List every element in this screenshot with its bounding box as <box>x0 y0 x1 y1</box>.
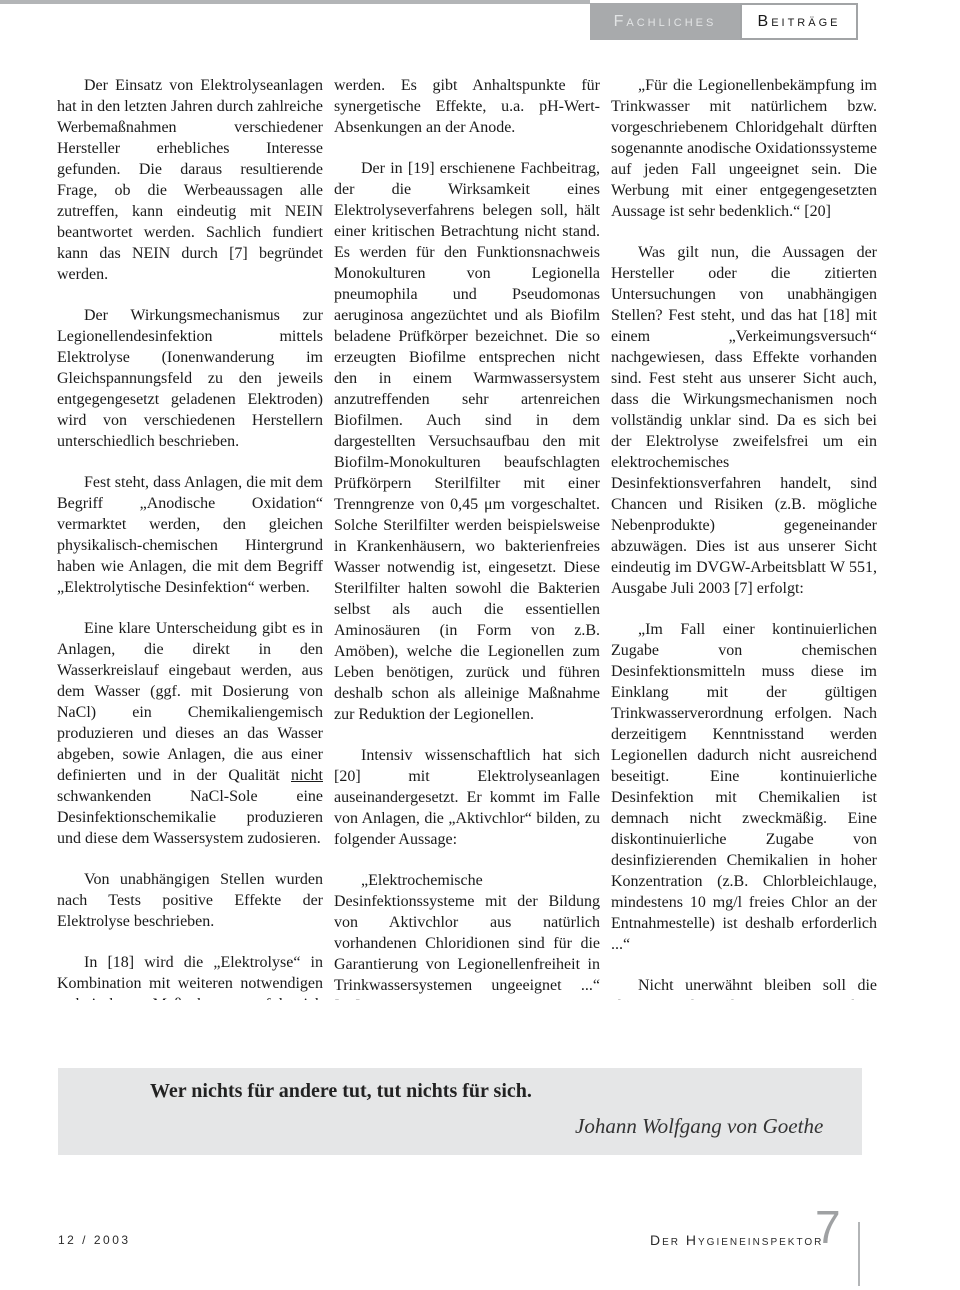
paragraph: Von unabhängigen Stellen wurden nach Tes… <box>57 869 323 932</box>
paragraph: „Im Fall einer kontinuierlichen Zugabe v… <box>611 619 877 955</box>
text-segment: werden. Es gibt Anhaltspunkte für synerg… <box>334 77 600 136</box>
text-segment: „Für die Legionellenbekämpfung im Trinkw… <box>611 77 877 220</box>
footer-page-number: 7 <box>815 1204 841 1250</box>
footer-issue-date: 12 / 2003 <box>58 1233 131 1247</box>
text-segment: Was gilt nun, die Aussagen der Herstelle… <box>611 244 877 597</box>
section-tab-label: Fachliches <box>614 13 717 31</box>
paragraph: Der Wirkungsmechanismus zur Legionellend… <box>57 305 323 452</box>
text-segment: Der Wirkungsmechanismus zur Legionellend… <box>57 307 323 450</box>
paragraph: werden. Es gibt Anhaltspunkte für synerg… <box>334 75 600 138</box>
text-segment: Nicht unerwähnt bleiben soll die ebenfal… <box>611 977 877 1000</box>
paragraph: Der Einsatz von Elektrolyseanlagen hat i… <box>57 75 323 285</box>
footer-rule <box>858 1222 860 1286</box>
paragraph: Was gilt nun, die Aussagen der Herstelle… <box>611 242 877 599</box>
text-segment: Von unabhängigen Stellen wurden nach Tes… <box>57 871 323 930</box>
text-segment: „Elektrochemische Desinfektionssysteme m… <box>334 872 600 1000</box>
text-column-1: Der Einsatz von Elektrolyseanlagen hat i… <box>57 75 323 1000</box>
text-segment: schwankenden NaCl-Sole eine Desinfektion… <box>57 788 323 847</box>
text-segment: Der in [19] erschienene Fachbeitrag, der… <box>334 160 600 723</box>
paragraph: Der in [19] erschienene Fachbeitrag, der… <box>334 158 600 725</box>
paragraph: In [18] wird die „Elektrolyse“ in Kombin… <box>57 952 323 1000</box>
paragraph: Intensiv wissenschaftlich hat sich [20] … <box>334 745 600 850</box>
text-segment: Fest steht, dass Anlagen, die mit dem Be… <box>57 474 323 596</box>
section-tab-beitraege: Beiträge <box>740 3 858 40</box>
text-column-3: „Für die Legionellenbekämpfung im Trinkw… <box>611 75 877 1000</box>
text-segment: Intensiv wissenschaftlich hat sich [20] … <box>334 747 600 848</box>
text-segment: Eine klare Unterscheidung gibt es in Anl… <box>57 620 323 784</box>
text-segment: „Im Fall einer kontinuierlichen Zugabe v… <box>611 621 877 953</box>
journal-page: { "header": { "section_label": "Fachlich… <box>0 0 960 1290</box>
paragraph: Eine klare Unterscheidung gibt es in Anl… <box>57 618 323 849</box>
subsection-tab-label: Beiträge <box>758 13 841 31</box>
text-segment: In [18] wird die „Elektrolyse“ in Kombin… <box>57 954 323 1000</box>
paragraph: Fest steht, dass Anlagen, die mit dem Be… <box>57 472 323 598</box>
footer-journal-title: Der Hygieneinspektor <box>650 1232 823 1248</box>
paragraph: Nicht unerwähnt bleiben soll die ebenfal… <box>611 975 877 1000</box>
quote-text: Wer nichts für andere tut, tut nichts fü… <box>150 1080 532 1103</box>
section-tab-fachliches: Fachliches <box>590 3 740 40</box>
underlined-word: nicht <box>291 767 323 784</box>
text-segment: Der Einsatz von Elektrolyseanlagen hat i… <box>57 77 323 283</box>
paragraph: „Für die Legionellenbekämpfung im Trinkw… <box>611 75 877 222</box>
text-column-2: werden. Es gibt Anhaltspunkte für synerg… <box>334 75 600 1000</box>
paragraph: „Elektrochemische Desinfektionssysteme m… <box>334 870 600 1000</box>
article-body: Der Einsatz von Elektrolyseanlagen hat i… <box>57 75 877 1000</box>
quote-attribution: Johann Wolfgang von Goethe <box>575 1114 823 1139</box>
header-rule <box>0 0 590 4</box>
quote-box: Wer nichts für andere tut, tut nichts fü… <box>58 1068 862 1155</box>
